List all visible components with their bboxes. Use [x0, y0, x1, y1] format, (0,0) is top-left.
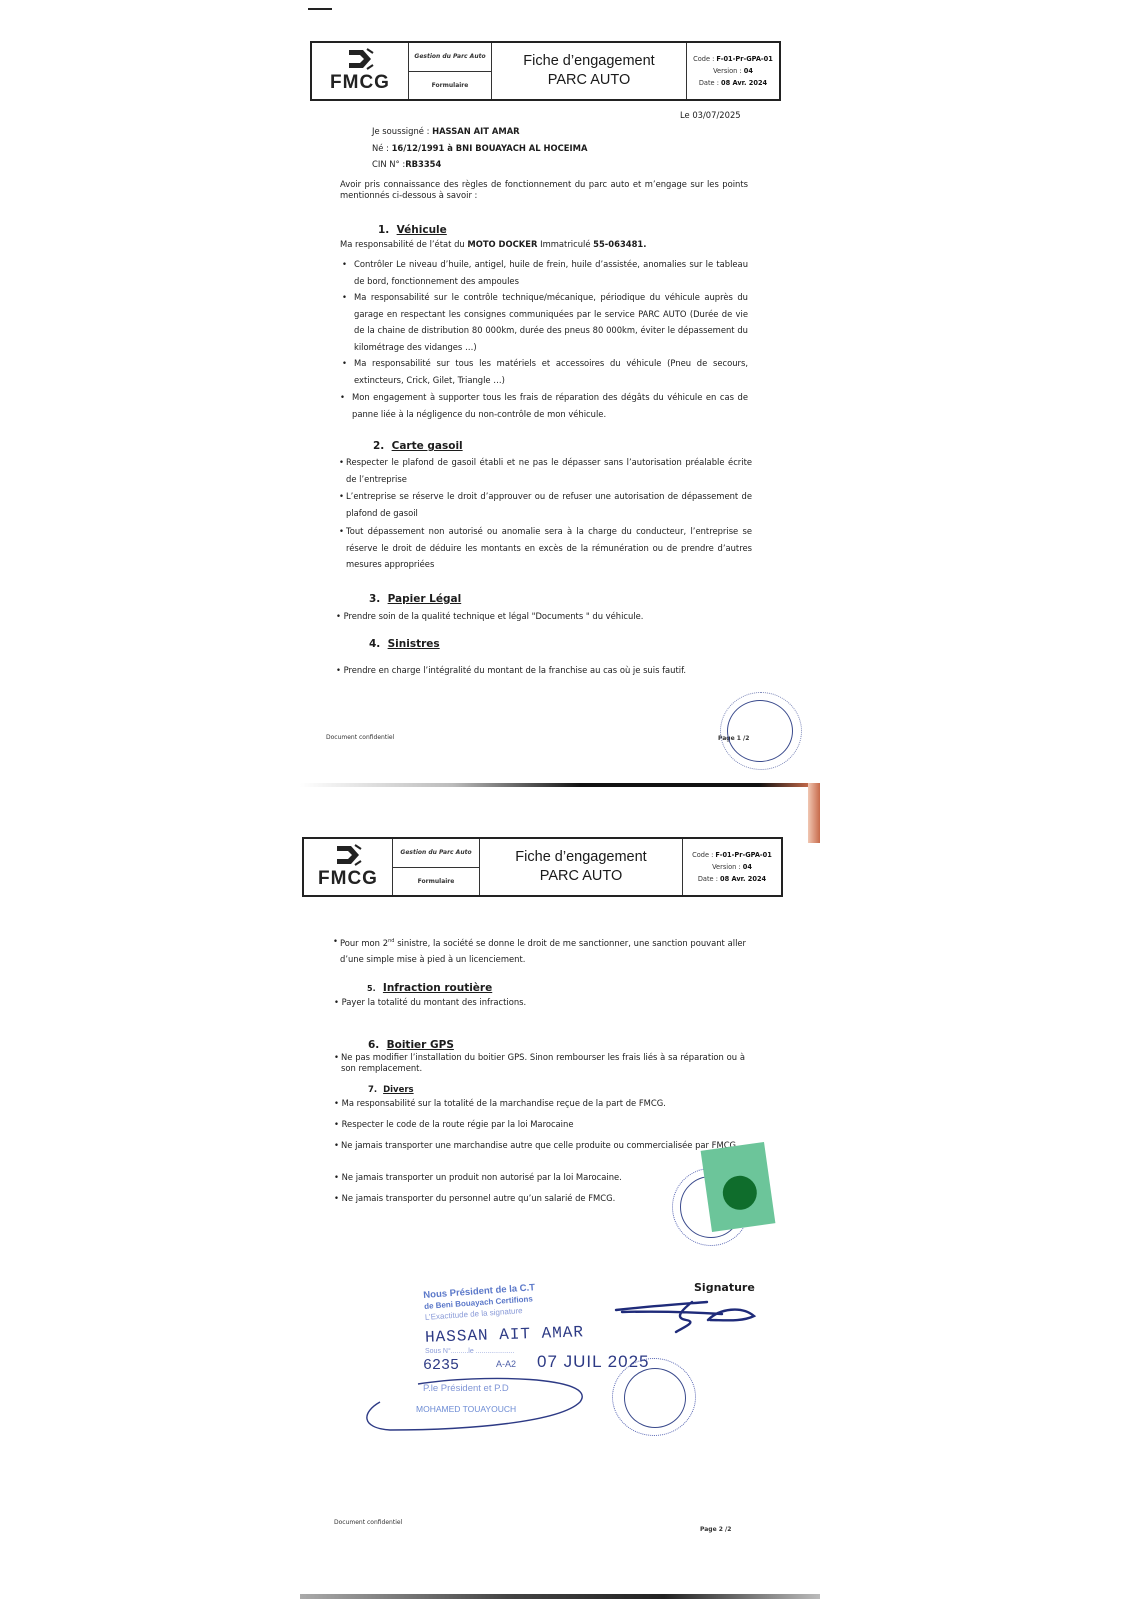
form-type-label: Formulaire: [409, 71, 491, 100]
date-value: 08 Avr. 2024: [720, 875, 766, 883]
bullet-icon: •: [342, 355, 347, 372]
cin-line: CIN N° :RB3354: [372, 159, 441, 170]
bullet-icon: •: [342, 289, 347, 306]
fmcg-arrow-icon: [333, 844, 363, 866]
list-item: • Payer la totalité du montant des infra…: [334, 997, 526, 1008]
undersigned-name: HASSAN AIT AMAR: [432, 126, 520, 136]
section-number: 5.: [367, 984, 376, 993]
page-number: Page 2 /2: [700, 1526, 731, 1533]
list-item-text: Tout dépassement non autorisé ou anomali…: [346, 526, 752, 569]
list-item-text: Ne jamais transporter du personnel autre…: [342, 1193, 616, 1203]
bullet-icon: •: [340, 389, 345, 406]
section-title: Infraction routière: [383, 982, 492, 994]
section-number: 1.: [378, 224, 389, 236]
document-meta: Code : F-01-Pr-GPA-01 Version : 04 Date …: [683, 839, 781, 895]
date-label: Date :: [699, 79, 721, 87]
page-edge: [300, 1594, 820, 1599]
company-name: FMCG: [330, 72, 390, 94]
footer-confidential: Document confidentiel: [326, 734, 394, 741]
code-label: Code :: [693, 55, 716, 63]
fiscal-stamp-icon: [701, 1142, 776, 1232]
intro-paragraph: Avoir pris connaissance des règles de fo…: [340, 179, 748, 201]
bullet-icon: •: [334, 1140, 339, 1151]
list-item: • Ne jamais transporter un produit non a…: [334, 1172, 622, 1183]
list-item: •Ma responsabilité sur le contrôle techn…: [354, 289, 748, 355]
list-item-text: Mon engagement à supporter tous les frai…: [352, 392, 748, 419]
version-value: 04: [743, 863, 752, 871]
section-title: Sinistres: [388, 638, 440, 650]
category-label: Gestion du Parc Auto: [409, 43, 491, 71]
code-value: F-01-Pr-GPA-01: [716, 55, 772, 63]
certification-stamp: Nous Président de la C.T de Beni Bouayac…: [423, 1282, 537, 1323]
section-1-heading: 1. Véhicule: [378, 224, 447, 236]
birth-line: Né : 16/12/1991 à BNI BOUAYACH AL HOCEIM…: [372, 143, 587, 154]
handwritten-name: HASSAN AIT AMAR: [425, 1323, 585, 1347]
bullet-icon: •: [339, 454, 344, 471]
section-title: Papier Légal: [388, 593, 462, 605]
list-item-text: sinistre, la société se donne le droit d…: [340, 938, 746, 965]
section-6-heading: 6. Boitier GPS: [368, 1039, 454, 1051]
vehicle-model: MOTO DOCKER: [467, 239, 537, 249]
list-item: •Ma responsabilité sur tous les matériel…: [354, 355, 748, 388]
list-item-text: Ma responsabilité sur la totalité de la …: [342, 1098, 666, 1108]
company-name: FMCG: [318, 868, 378, 890]
page-edge: [300, 783, 810, 787]
title-line-2: PARC AUTO: [548, 71, 630, 90]
vehicle-responsibility: Ma responsabilité de l’état du MOTO DOCK…: [340, 239, 646, 250]
page-edge-shadow: [808, 783, 820, 843]
cin-value: RB3354: [405, 159, 441, 169]
document-header: FMCG Gestion du Parc Auto Formulaire Fic…: [302, 837, 783, 897]
registration-line: Sous N°.........le ....................: [425, 1348, 515, 1355]
vehicle-lead-text: Ma responsabilité de l’état du: [340, 239, 467, 249]
registration-code: A-A2: [496, 1359, 516, 1369]
list-item: • Prendre en charge l’intégralité du mon…: [336, 665, 686, 676]
list-item-text: Respecter le plafond de gasoil établi et…: [346, 457, 752, 484]
list-item: •Ne jamais transporter une marchandise a…: [341, 1140, 749, 1151]
section-4-heading: 4. Sinistres: [369, 638, 440, 650]
list-item: •Ne pas modifier l’installation du boiti…: [341, 1052, 745, 1074]
document-meta: Code : F-01-Pr-GPA-01 Version : 04 Date …: [687, 43, 779, 99]
section-title: Boitier GPS: [387, 1039, 454, 1051]
section-number: 3.: [369, 593, 380, 605]
date-value: 08 Avr. 2024: [721, 79, 767, 87]
birth-label: Né :: [372, 143, 392, 153]
list-item-text: Ne pas modifier l’installation du boitie…: [341, 1052, 745, 1073]
company-logo: FMCG: [312, 43, 409, 99]
company-logo: FMCG: [304, 839, 393, 895]
vehicle-plate: 55-063481.: [593, 239, 646, 249]
list-item-text: Ma responsabilité sur le contrôle techni…: [354, 292, 748, 352]
document-header: FMCG Gestion du Parc Auto Formulaire Fic…: [310, 41, 781, 101]
footer-confidential: Document confidentiel: [334, 1519, 402, 1526]
section-3-heading: 3. Papier Légal: [369, 593, 461, 605]
list-item: •Respecter le plafond de gasoil établi e…: [346, 454, 752, 487]
document-title: Fiche d’engagement PARC AUTO: [492, 43, 687, 99]
list-item-text: Ma responsabilité sur tous les matériels…: [354, 358, 748, 385]
vehicle-lead-mid: Immatriculé: [537, 239, 593, 249]
section-number: 2.: [373, 440, 384, 452]
list-item-text: Ne jamais transporter un produit non aut…: [342, 1172, 622, 1182]
section-5-heading: 5. Infraction routière: [367, 982, 492, 994]
title-line-1: Fiche d’engagement: [523, 52, 654, 71]
bullet-icon: •: [339, 488, 344, 505]
list-item: •Tout dépassement non autorisé ou anomal…: [346, 523, 752, 573]
list-item-text: Ne jamais transporter une marchandise au…: [341, 1140, 739, 1150]
bullet-icon: •: [342, 256, 347, 273]
list-item-text: Pour mon 2: [340, 938, 388, 948]
list-item-text: Respecter le code de la route régie par …: [342, 1119, 574, 1129]
list-item-text: Contrôler Le niveau d’huile, antigel, hu…: [354, 259, 748, 286]
undersigned-label: Je soussigné :: [372, 126, 432, 136]
section-number: 4.: [369, 638, 380, 650]
cin-label: CIN N° :: [372, 159, 405, 169]
handwritten-signature-icon: [612, 1296, 762, 1336]
bullet-icon: •: [339, 523, 344, 540]
list-item: •Contrôler Le niveau d’huile, antigel, h…: [354, 256, 748, 289]
document-date: Le 03/07/2025: [680, 110, 741, 121]
list-item-text: L’entreprise se réserve le droit d’appro…: [346, 491, 752, 518]
list-item-text: Prendre soin de la qualité technique et …: [344, 611, 644, 621]
code-value: F-01-Pr-GPA-01: [715, 851, 771, 859]
list-item: • Prendre soin de la qualité technique e…: [336, 611, 643, 622]
section-7-heading: 7. Divers: [368, 1085, 414, 1095]
list-item: •Mon engagement à supporter tous les fra…: [352, 389, 748, 422]
birth-value: 16/12/1991 à BNI BOUAYACH AL HOCEIMA: [392, 143, 588, 153]
section-number: 7.: [368, 1085, 377, 1095]
title-line-1: Fiche d’engagement: [515, 848, 646, 867]
list-item-text: Payer la totalité du montant des infract…: [342, 997, 527, 1007]
scan-mark: [308, 8, 332, 10]
list-item: •Pour mon 2nd sinistre, la société se do…: [340, 933, 746, 968]
version-label: Version :: [713, 67, 744, 75]
section-title: Véhicule: [397, 224, 447, 236]
list-item: • Respecter le code de la route régie pa…: [334, 1119, 573, 1130]
list-item-text: Prendre en charge l’intégralité du monta…: [344, 665, 686, 675]
undersigned-line: Je soussigné : HASSAN AIT AMAR: [372, 126, 520, 137]
section-title: Divers: [383, 1085, 414, 1095]
list-item: • Ne jamais transporter du personnel aut…: [334, 1193, 615, 1204]
section-number: 6.: [368, 1039, 379, 1051]
president-signature-icon: [360, 1372, 605, 1432]
bullet-icon: •: [333, 933, 338, 950]
list-item: •L’entreprise se réserve le droit d’appr…: [346, 488, 752, 521]
form-type-label: Formulaire: [393, 867, 479, 896]
code-label: Code :: [692, 851, 715, 859]
fmcg-arrow-icon: [345, 48, 375, 70]
list-item: • Ma responsabilité sur la totalité de l…: [334, 1098, 666, 1109]
category-label: Gestion du Parc Auto: [393, 839, 479, 867]
title-line-2: PARC AUTO: [540, 867, 622, 886]
version-value: 04: [744, 67, 753, 75]
bullet-icon: •: [334, 1052, 339, 1063]
signature-label: Signature: [694, 1281, 755, 1294]
date-label: Date :: [698, 875, 720, 883]
section-2-heading: 2. Carte gasoil: [373, 440, 463, 452]
document-title: Fiche d’engagement PARC AUTO: [480, 839, 683, 895]
header-category: Gestion du Parc Auto Formulaire: [409, 43, 492, 99]
version-label: Version :: [712, 863, 743, 871]
header-category: Gestion du Parc Auto Formulaire: [393, 839, 480, 895]
section-title: Carte gasoil: [392, 440, 463, 452]
